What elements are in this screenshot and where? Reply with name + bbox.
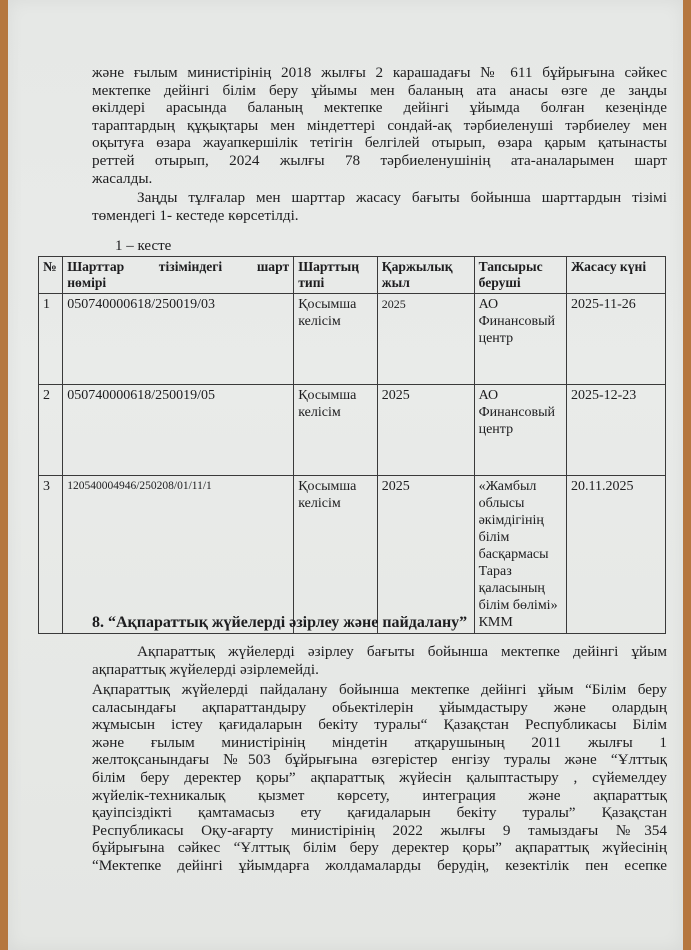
cell-date: 2025-11-26 <box>566 294 665 385</box>
cell-client: АО Финансовый центр <box>474 385 566 476</box>
text-line: жасалды. <box>92 170 667 188</box>
header-contract-number: Шарттар тізіміндегі шарт нөмірі <box>63 257 294 294</box>
header-no: № <box>39 257 63 294</box>
text-line: қауіпсіздікті қамтамасыз ету қағидаларын… <box>92 804 667 822</box>
cell-client: АО Финансовый центр <box>474 294 566 385</box>
cell-contract-number: 050740000618/250019/03 <box>63 294 294 385</box>
contracts-table: № Шарттар тізіміндегі шарт нөмірі Шартты… <box>38 256 666 634</box>
section-paragraph-usage: Ақпараттық жүйелерді пайдалану бойынша м… <box>92 681 667 875</box>
text-line: мектепке дейінгі білім беру ұйымы мен ба… <box>92 82 667 100</box>
table-row: 2 050740000618/250019/05 Қосымша келісім… <box>39 385 666 476</box>
text-line: жұмысын істеу қағидаларын бекіту туралы“… <box>92 716 667 734</box>
table-caption: 1 – кесте <box>115 238 171 255</box>
text-line: Ақпараттық жүйелерді пайдалану бойынша м… <box>92 681 667 699</box>
header-client: Тапсырыс беруші <box>474 257 566 294</box>
cell-contract-type: Қосымша келісім <box>294 476 378 634</box>
text-line: реттей отырып, 2024 жылғы 78 тәрбиеленуш… <box>92 152 667 170</box>
intro-paragraph: және ғылым министірінің 2018 жылғы 2 кар… <box>92 64 667 187</box>
cell-date: 2025-12-23 <box>566 385 665 476</box>
header-fiscal-year: Қаржылық жыл <box>377 257 474 294</box>
text-line: Республикасы Оқу-ағарту министірінің 202… <box>92 822 667 840</box>
cell-no: 3 <box>39 476 63 634</box>
cell-contract-type: Қосымша келісім <box>294 294 378 385</box>
text-line: төмендегі 1- кестеде көрсетілді. <box>92 207 667 225</box>
header-contract-type: Шарттың типі <box>294 257 378 294</box>
cell-contract-type: Қосымша келісім <box>294 385 378 476</box>
header-date: Жасасу күні <box>566 257 665 294</box>
cell-client: «Жамбыл облысы әкімдігінің білім басқарм… <box>474 476 566 634</box>
cell-no: 2 <box>39 385 63 476</box>
text-line: және ғылым министірінің 2018 жылғы 2 кар… <box>92 64 667 82</box>
header-contract-number-line2: нөмірі <box>67 275 106 290</box>
table-row: 1 050740000618/250019/03 Қосымша келісім… <box>39 294 666 385</box>
cell-no: 1 <box>39 294 63 385</box>
text-line: Заңды тұлғалар мен шарттар жасасу бағыты… <box>92 189 667 207</box>
text-line: жүйелік-техникалық қызмет көрсету, интег… <box>92 787 667 805</box>
contracts-list-paragraph: Заңды тұлғалар мен шарттар жасасу бағыты… <box>92 189 667 224</box>
section-heading: 8. “Ақпараттық жүйелерді әзірлеу және па… <box>92 614 467 632</box>
text-line: Ақпараттық жүйелерді әзірлеу бағыты бойы… <box>92 643 667 661</box>
text-line: және ғылым министірінің міндетін атқаруш… <box>92 734 667 752</box>
table-header-row: № Шарттар тізіміндегі шарт нөмірі Шартты… <box>39 257 666 294</box>
section-paragraph-development: Ақпараттық жүйелерді әзірлеу бағыты бойы… <box>92 643 667 678</box>
document-page: және ғылым министірінің 2018 жылғы 2 кар… <box>8 0 683 950</box>
cell-contract-number: 050740000618/250019/05 <box>63 385 294 476</box>
cell-fiscal-year: 2025 <box>377 476 474 634</box>
text-line: өкілдері арасында баланың мектепке дейін… <box>92 99 667 117</box>
text-line: желтоқсанындағы №503 бұйрығына өзгерісте… <box>92 751 667 769</box>
text-line: бұйрығына сәйкес “Ұлттық білім беру дере… <box>92 839 667 857</box>
text-line: тараптардың құқықтары мен міндеттері сон… <box>92 117 667 135</box>
table-row: 3 120540004946/250208/01/11/1 Қосымша ке… <box>39 476 666 634</box>
cell-date: 20.11.2025 <box>566 476 665 634</box>
text-line: оқытуға өзара жауапкершілік тетігін белг… <box>92 134 667 152</box>
cell-fiscal-year: 2025 <box>377 385 474 476</box>
text-line: білім беру деректер қоры” ақпараттық жүй… <box>92 769 667 787</box>
text-line: ақпараттық жүйелерді әзірлемейді. <box>92 661 667 679</box>
cell-fiscal-year: 2025 <box>377 294 474 385</box>
header-contract-number-line1: Шарттар тізіміндегі шарт <box>67 259 289 275</box>
text-line: “Мектепке дейінгі ұйымдарға жолдамаларды… <box>92 857 667 875</box>
text-line: саласындағы ақпараттандыру обьектілерін … <box>92 699 667 717</box>
cell-contract-number: 120540004946/250208/01/11/1 <box>63 476 294 634</box>
